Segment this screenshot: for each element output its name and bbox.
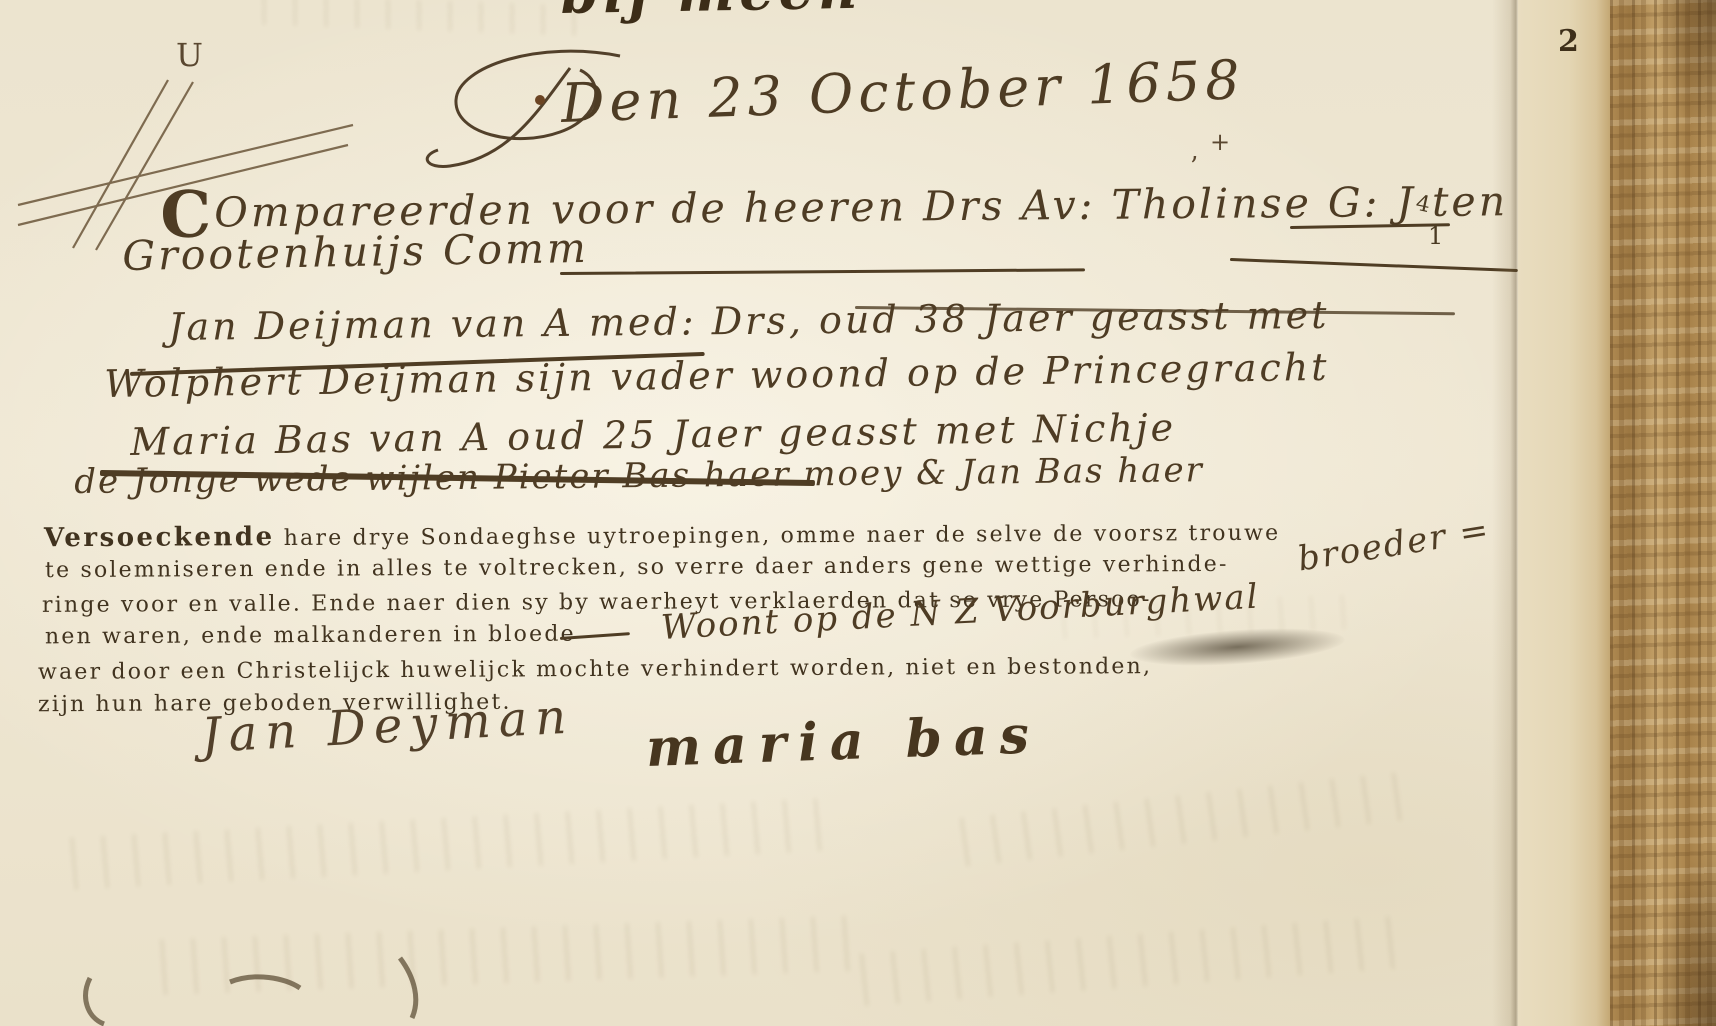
entry-line-2: Wolphert Deijman sijn vader woond op de … — [104, 345, 1330, 406]
margin-word-broeder: broeder = — [1295, 510, 1493, 580]
margin-u-mark: U — [176, 36, 203, 74]
formula-line-1: Versoeckende hare drye Sondaeghse uytroe… — [44, 517, 1280, 553]
registration-line-2: Grootenhuijs Comm — [122, 224, 589, 280]
bleedthrough-line — [949, 771, 1421, 868]
entry-line-1: Jan Deijman van A med: Drs, oud 38 Jaer … — [168, 293, 1330, 349]
formula-line-2: te solemniseren ende in alles te voltrec… — [45, 552, 1229, 583]
bottom-ink-strokes — [70, 938, 590, 1026]
page-crease — [1492, 0, 1518, 1026]
book-binding-edge — [1610, 0, 1716, 1026]
dash-rule — [560, 268, 1085, 275]
formula-line-4: nen waren, ende malkanderen in bloede — [45, 622, 576, 650]
bleedthrough-line — [250, 0, 581, 36]
bleedthrough-line — [59, 798, 841, 891]
ink-smudge — [1129, 623, 1346, 672]
signature-bride: maria bas — [645, 704, 1042, 779]
page-fore-edge — [1518, 0, 1610, 1026]
page-number: 2 — [1558, 24, 1579, 59]
partial-top-line: bij meen — [560, 0, 863, 26]
edge-mark: 1 — [1428, 222, 1443, 250]
manuscript-page: bij meen U Den 23 October 1658 + ’ COmpa… — [0, 0, 1716, 1026]
plus-mark: + — [1210, 128, 1230, 156]
dash-rule — [1230, 258, 1518, 272]
formula-lead-word: Versoeckende — [44, 522, 275, 553]
formula-line-5: waer door een Christelijck huwelijck moc… — [38, 654, 1152, 685]
bleedthrough-line — [849, 916, 1411, 1007]
